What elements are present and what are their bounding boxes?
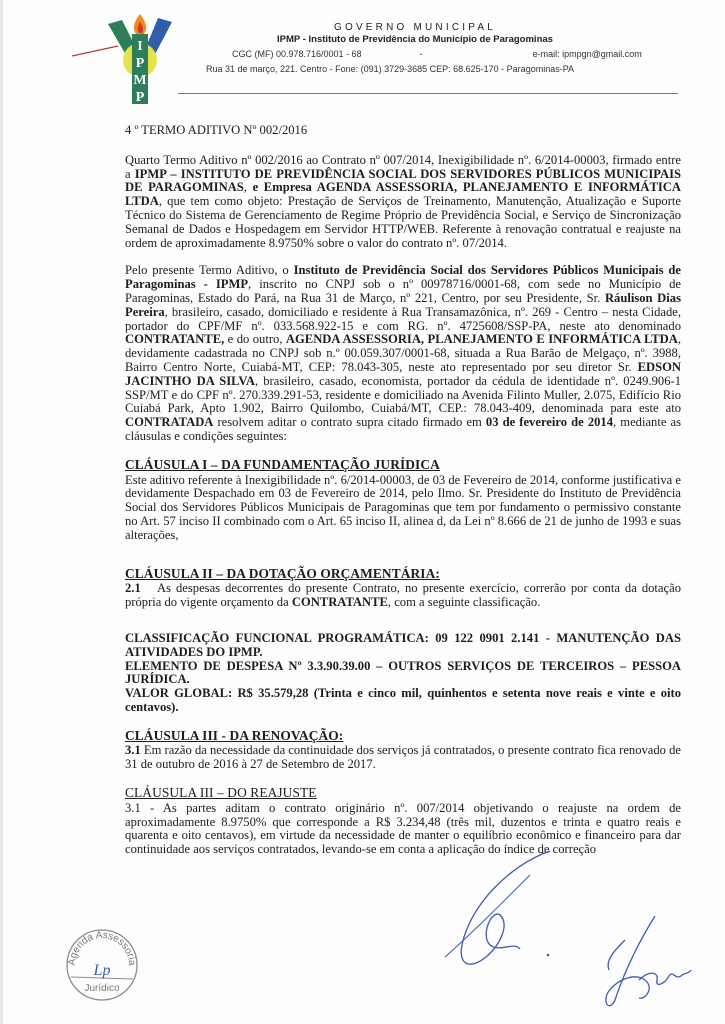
government-label: GOVERNO MUNICIPAL <box>180 22 650 33</box>
letterhead: GOVERNO MUNICIPAL IPMP - Instituto de Pr… <box>180 22 650 74</box>
stamp-initials: Lp <box>93 962 111 979</box>
expense-element-line: ELEMENTO DE DESPESA Nº 3.3.90.39.00 – OU… <box>125 660 681 688</box>
document-page: I P M P GOVERNO MUNICIPAL IPMP - Institu… <box>0 0 725 1024</box>
stamp-top-text: Agenda Assessoria <box>67 930 137 967</box>
clause-2-body: 2.1As despesas decorrentes do presente C… <box>125 582 681 610</box>
clause-2-heading: CLÁUSULA II – DA DOTAÇÃO ORÇAMENTÁRIA: <box>125 567 681 581</box>
signature-2-icon <box>585 910 695 1020</box>
legal-stamp-icon: Agenda Assessoria Lp Jurídico <box>63 925 141 1003</box>
clause-4-heading: CLÁUSULA III – DO REAJUSTE <box>125 786 681 800</box>
svg-text:M: M <box>133 73 146 88</box>
stamp-bottom-text: Jurídico <box>84 983 119 994</box>
clause-3-heading: CLÁUSULA III - DA RENOVAÇÃO: <box>125 729 681 743</box>
institute-name: IPMP - Instituto de Previdência do Munic… <box>180 34 650 45</box>
intro-paragraph: Quarto Termo Aditivo nº 002/2016 ao Cont… <box>125 154 681 251</box>
document-body: 4 º TERMO ADITIVO Nº 002/2016 Quarto Ter… <box>125 124 681 857</box>
logo-text: I <box>137 39 142 54</box>
separator: - <box>420 49 423 59</box>
classification-line: CLASSIFICAÇÃO FUNCIONAL PROGRAMÁTICA: 09… <box>125 632 681 660</box>
document-title: 4 º TERMO ADITIVO Nº 002/2016 <box>125 124 681 138</box>
clause-1-body: Este aditivo referente à Inexigibilidade… <box>125 474 681 543</box>
cgc-number: CGC (MF) 00.978.716/0001 - 68 <box>232 49 362 59</box>
svg-text:P: P <box>136 56 145 71</box>
clause-4-body: 3.1 - As partes aditam o contrato origin… <box>125 802 681 857</box>
global-value-line: VALOR GLOBAL: R$ 35.579,28 (Trinta e cin… <box>125 687 681 715</box>
email-address: e-mail: ipmpgn@gmail.com <box>533 49 642 59</box>
clause-3-body: 3.1 Em razão da necessidade da continuid… <box>125 744 681 772</box>
signature-1-icon <box>440 845 590 985</box>
scan-edge <box>0 0 3 1024</box>
parties-paragraph: Pelo presente Termo Aditivo, o Instituto… <box>125 264 681 443</box>
address-line: Rua 31 de março, 221. Centro - Fone: (09… <box>180 64 650 74</box>
header-divider <box>178 93 678 94</box>
ipmp-logo-icon: I P M P <box>108 12 172 104</box>
clause-1-heading: CLÁUSULA I – DA FUNDAMENTAÇÃO JURÍDICA <box>125 458 681 472</box>
cgc-line: CGC (MF) 00.978.716/0001 - 68 - e-mail: … <box>180 49 650 59</box>
svg-text:P: P <box>136 90 145 104</box>
